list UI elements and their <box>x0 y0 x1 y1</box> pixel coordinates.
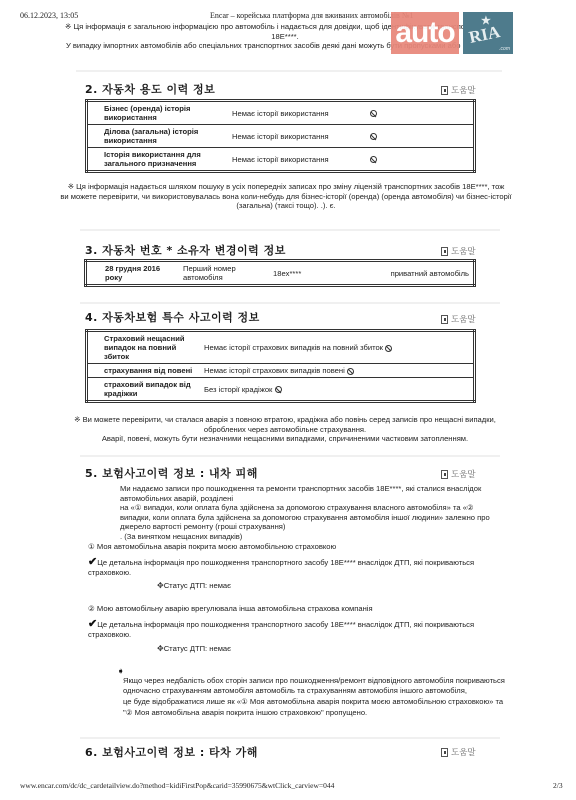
row-value: Немає історії страхових випадків на повн… <box>200 331 475 364</box>
help-label: 도움말 <box>451 468 476 480</box>
row-value: Немає історії страхових випадків повені <box>200 364 475 378</box>
section-5-footnote: Якщо через недбалість обох сторін записи… <box>123 676 508 718</box>
document-icon <box>441 86 448 95</box>
row-label: Ділова (загальна) історія використання <box>87 125 229 148</box>
table-row: страхування від повені Немає історії стр… <box>87 364 475 378</box>
divider <box>76 70 502 72</box>
help-button-section-3[interactable]: 도움말 <box>441 245 476 257</box>
help-button-section-2[interactable]: 도움말 <box>441 84 476 96</box>
print-datetime: 06.12.2023, 13:05 <box>20 11 78 20</box>
help-button-section-4[interactable]: 도움말 <box>441 313 476 325</box>
prohibited-icon <box>385 345 392 352</box>
section-4-note: ※ Ви можете перевірити, чи сталася аварі… <box>55 415 515 444</box>
row-label: страховий випадок від крадіжки <box>87 378 201 402</box>
table-row: Бізнес (оренда) історія використання Нем… <box>87 101 475 125</box>
table-row: Страховий нещасний випадок на повний зби… <box>87 331 475 364</box>
row-value-text: Немає історії страхових випадків на повн… <box>204 343 383 352</box>
section-3-title: 3. 자동차 번호 * 소유자 변경이력 정보 <box>85 242 286 258</box>
row-value: Немає історії використання <box>228 125 366 148</box>
row-status <box>366 148 475 172</box>
row-status <box>366 101 475 125</box>
license-plate: 18ex**** <box>269 261 357 286</box>
section-5-footnote-1: Якщо через недбалість обох сторін записи… <box>123 676 508 695</box>
table-row: страховий випадок від крадіжки Без істор… <box>87 378 475 402</box>
help-label: 도움말 <box>451 313 476 325</box>
prohibited-icon <box>370 156 377 163</box>
ria-logo-text: RIA <box>467 22 502 48</box>
vehicle-type: приватний автомобіль <box>357 261 475 286</box>
row-label: страхування від повені <box>87 364 201 378</box>
row-value: Немає історії використання <box>228 148 366 172</box>
move-arrows-icon: ✥ <box>157 644 164 653</box>
special-accident-table: Страховий нещасний випадок на повний зби… <box>85 329 476 403</box>
case-1-title: ① Моя автомобільна аварія покрита моєю а… <box>88 542 498 552</box>
row-label: Страховий нещасний випадок на повний зби… <box>87 331 201 364</box>
prohibited-icon <box>347 368 354 375</box>
section-5-intro: Ми надаємо записи про пошкодження та рем… <box>120 484 505 542</box>
help-label: 도움말 <box>451 746 476 758</box>
divider <box>80 229 500 231</box>
change-event: Перший номер автомобіля <box>179 261 269 286</box>
help-label: 도움말 <box>451 84 476 96</box>
case-1-status: ✥Статус ДТП: немає <box>157 581 231 591</box>
page-header-title: Encar – корейська платформа для вживаних… <box>210 11 413 20</box>
table-row: 28 грудня 2016 року Перший номер автомоб… <box>86 261 475 286</box>
checkmark-icon: ✔ <box>88 556 97 568</box>
section-2-title: 2. 자동차 용도 이력 정보 <box>85 81 215 97</box>
section-4-note-line2: Аварії, повені, можуть бути незначними н… <box>55 434 515 444</box>
document-icon <box>441 247 448 256</box>
page-url: www.encar.com/dc/dc_cardetailview.do?met… <box>20 781 334 790</box>
owner-change-table: 28 грудня 2016 року Перший номер автомоб… <box>84 259 476 287</box>
row-label: Бізнес (оренда) історія використання <box>87 101 229 125</box>
prohibited-icon <box>370 110 377 117</box>
prohibited-icon <box>275 386 282 393</box>
section-2-note-line2: ви можете перевірити, чи використовувала… <box>60 192 512 211</box>
section-5-footnote-2: це буде відображатися лише як «① Моя авт… <box>123 696 508 718</box>
divider <box>80 737 500 739</box>
document-icon <box>441 748 448 757</box>
auto-ria-watermark-auto: auto <box>391 12 459 54</box>
case-2-detail-text: Це детальна інформація про пошкодження т… <box>88 620 474 639</box>
help-button-section-5[interactable]: 도움말 <box>441 468 476 480</box>
ria-logo-suffix: .com <box>499 46 510 52</box>
document-icon <box>441 470 448 479</box>
case-1-detail: ✔Це детальна інформація про пошкодження … <box>88 558 508 577</box>
section-2-note-line1: ※ Ця інформація надається шляхом пошуку … <box>60 182 512 192</box>
auto-ria-watermark-ria: ★ RIA .com <box>463 12 513 54</box>
table-row: Ділова (загальна) історія використання Н… <box>87 125 475 148</box>
case-1-detail-text: Це детальна інформація про пошкодження т… <box>88 558 474 577</box>
case-1-status-text: Статус ДТП: немає <box>164 581 231 590</box>
page-number: 2/3 <box>553 781 563 790</box>
row-value: Без історії крадіжок <box>200 378 475 402</box>
section-4-title: 4. 자동차보험 특수 사고이력 정보 <box>85 309 260 325</box>
case-2-status: ✥Статус ДТП: немає <box>157 644 231 654</box>
case-2-status-text: Статус ДТП: немає <box>164 644 231 653</box>
prohibited-icon <box>370 133 377 140</box>
divider <box>80 455 500 457</box>
move-arrows-icon: ✥ <box>157 581 164 590</box>
row-value: Немає історії використання <box>228 101 366 125</box>
section-5-intro-3: . (За винятком нещасних випадків) <box>120 532 505 542</box>
case-2-title: ② Мою автомобільну аварію врегулювала ін… <box>88 604 498 614</box>
section-5-intro-2: на «① випадки, коли оплата була здійснен… <box>120 503 505 532</box>
row-value-text: Немає історії страхових випадків повені <box>204 366 345 375</box>
section-5-title: 5. 보험사고이력 정보 : 내차 피해 <box>85 465 258 481</box>
section-2-note: ※ Ця інформація надається шляхом пошуку … <box>60 182 512 211</box>
row-status <box>366 125 475 148</box>
section-4-note-line1: ※ Ви можете перевірити, чи сталася аварі… <box>55 415 515 434</box>
change-date: 28 грудня 2016 року <box>86 261 180 286</box>
checkmark-icon: ✔ <box>88 618 97 630</box>
row-value-text: Без історії крадіжок <box>204 385 272 394</box>
help-label: 도움말 <box>451 245 476 257</box>
row-label: Історія використання для загального приз… <box>87 148 229 172</box>
usage-history-table: Бізнес (оренда) історія використання Нем… <box>85 99 476 173</box>
section-6-title: 6. 보험사고이력 정보 : 타차 가해 <box>85 744 258 760</box>
divider <box>80 302 500 304</box>
help-button-section-6[interactable]: 도움말 <box>441 746 476 758</box>
case-2-detail: ✔Це детальна інформація про пошкодження … <box>88 620 508 639</box>
table-row: Історія використання для загального приз… <box>87 148 475 172</box>
document-icon <box>441 315 448 324</box>
section-5-intro-1: Ми надаємо записи про пошкодження та рем… <box>120 484 505 503</box>
